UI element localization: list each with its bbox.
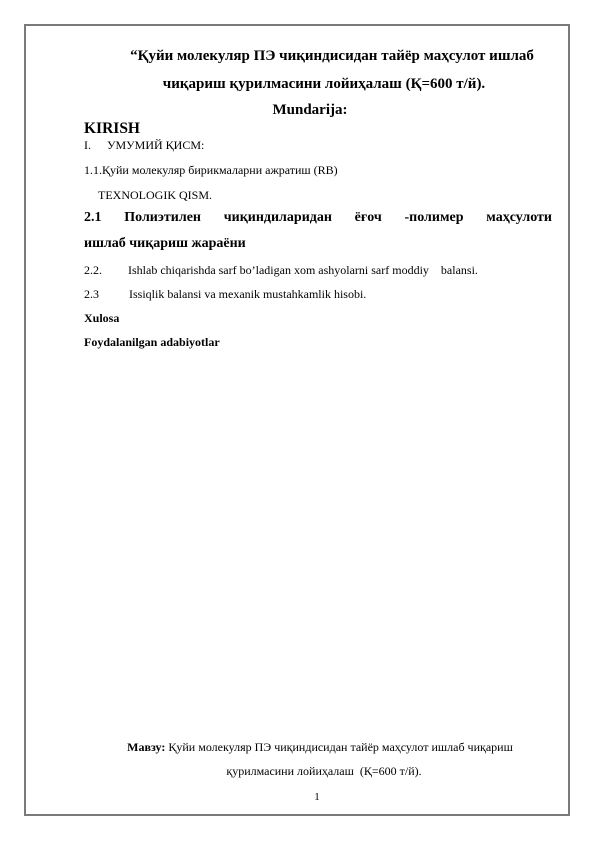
toc-item-2-2: 2.2.Ishlab chiqarishda sarf bo’ladigan x… <box>84 263 478 278</box>
toc-item-conclusion: Xulosa <box>84 311 119 326</box>
toc-item-2-3: 2.3Issiqlik balansi va mexanik mustahkam… <box>84 287 366 302</box>
document-title-line-2: чиқариш қурилмасини лойиҳалаш (Қ=600 т/й… <box>84 76 564 93</box>
toc-item-2-1-line-2: ишлаб чиқариш жараёни <box>84 236 246 252</box>
footer-topic-label: Мавзу: <box>127 740 165 754</box>
footer-topic-text: Қуйи молекуляр ПЭ чиқиндисидан тайёр маҳ… <box>165 740 512 754</box>
footer-topic-line-1: Мавзу: Қуйи молекуляр ПЭ чиқиндисидан та… <box>80 740 560 755</box>
footer-topic-line-2: қурилмасини лойиҳалаш (Қ=600 т/й). <box>84 764 564 779</box>
page-number: 1 <box>84 791 550 803</box>
toc-label: Issiqlik balansi va mexanik mustahkamlik… <box>128 287 366 301</box>
toc-item-1-1: 1.1.Қуйи молекуляр бирикмаларни ажратиш … <box>84 163 338 178</box>
toc-label: УМУМИЙ ҚИСМ: <box>107 138 204 152</box>
toc-label: Ishlab chiqarishda sarf bo’ladigan xom a… <box>128 263 478 277</box>
toc-item-technology: TEXNOLOGIK QISM. <box>98 188 212 203</box>
toc-number: 2.3 <box>84 287 128 302</box>
toc-item-2-1-line-1: 2.1 Полиэтилен чиқиндиларидан ёғоч -поли… <box>84 210 552 226</box>
contents-heading: Mundarija: <box>70 102 550 119</box>
toc-number: I. <box>84 138 107 153</box>
toc-number: 2.2. <box>84 263 128 278</box>
document-title-line-1: “Қуйи молекуляр ПЭ чиқиндисидан тайёр ма… <box>92 48 572 65</box>
toc-item-section-1: I.УМУМИЙ ҚИСМ: <box>84 138 204 153</box>
toc-item-references: Foydalanilgan adabiyotlar <box>84 335 220 350</box>
toc-item-introduction: KIRISH <box>84 120 140 138</box>
